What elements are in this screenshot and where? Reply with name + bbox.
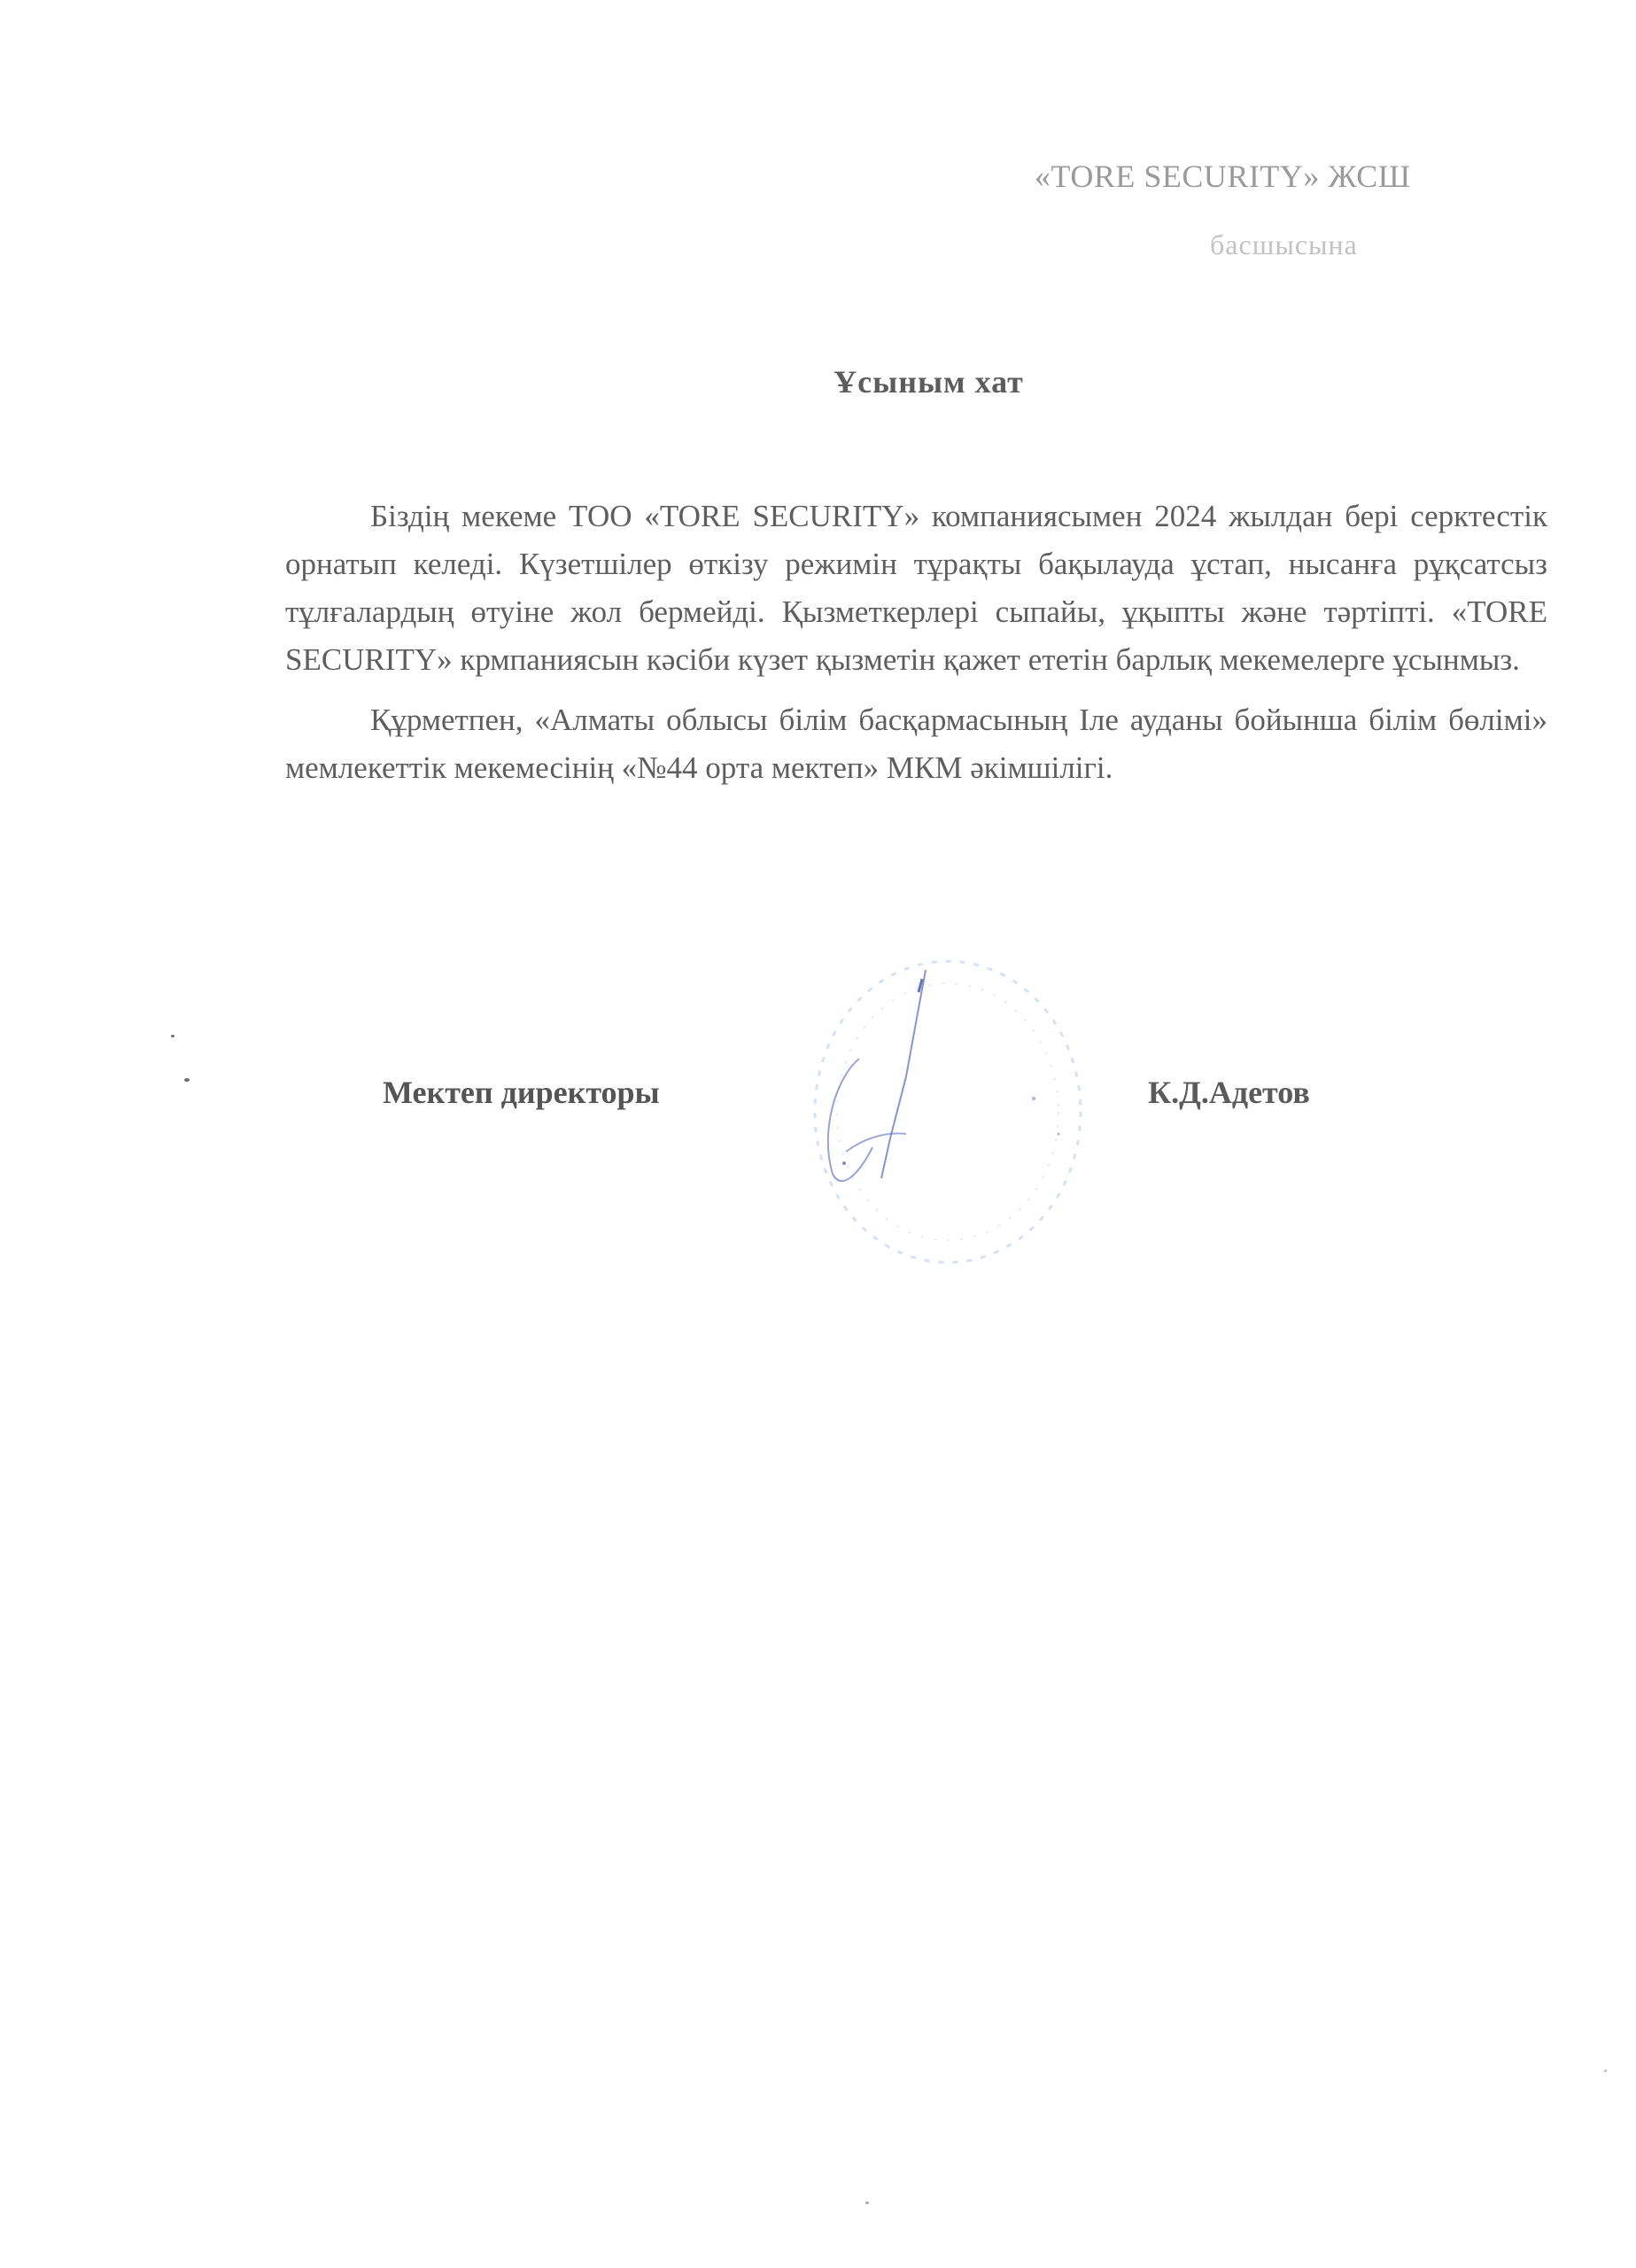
stamp-and-signature-icon [802,944,1094,1271]
scan-speck [1604,2070,1607,2072]
addressee-role: басшысына [1210,229,1358,261]
scan-speck [184,1078,190,1082]
letter-body: Біздің мекеме ТОО «TORE SECURITY» компан… [285,493,1547,804]
body-paragraph: Біздің мекеме ТОО «TORE SECURITY» компан… [285,493,1547,684]
document-title: Ұсыным хат [0,363,1636,400]
scan-speck [171,1035,174,1037]
signatory-name: К.Д.Адетов [1148,1074,1310,1111]
addressee-organization: «TORE SECURITY» ЖСШ [1035,158,1411,195]
signatory-position: Мектеп директоры [383,1074,660,1111]
scan-speck [865,2202,869,2204]
body-paragraph: Құрметпен, «Алматы облысы білім басқарма… [285,696,1547,792]
letter-page: «TORE SECURITY» ЖСШ басшысына Ұсыным хат… [0,0,1636,2268]
